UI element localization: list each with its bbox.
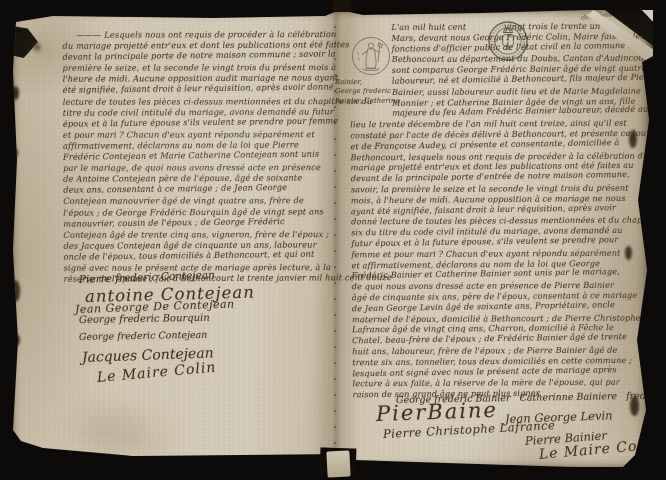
page-tab [326, 450, 350, 477]
manuscript-line: lecture à eux faite, à la réserve de la … [352, 377, 652, 390]
edge-damage-spot [629, 130, 637, 148]
manuscript-line: femme et pour mari ? Chacun d'eux ayant … [351, 247, 651, 260]
edge-damage-spot [625, 246, 632, 260]
edge-damage-spot [12, 148, 18, 158]
manuscript-line: huit ans, laboureur, frère de l'époux ; … [352, 344, 652, 357]
manuscript-line: de quoi nous avons dressé acte en présen… [352, 280, 652, 293]
scanned-register-photo: ——— Lesquels nous ont requis de procéder… [0, 0, 666, 480]
edge-damage-spot [11, 280, 20, 302]
manuscript-line: donné lecture de toutes les pièces ci-de… [351, 215, 651, 228]
manuscript-line: lieu le trente décembre de l'an mil huit… [350, 118, 650, 131]
manuscript-line: savoir, la première le seize et la secon… [351, 182, 651, 195]
manuscript-line: maternel de l'époux, domicilié à Bethonc… [352, 312, 652, 325]
right-page: Bainier,George fredericBainier, Catherin… [13, 10, 653, 469]
edge-damage-spot [11, 86, 19, 100]
right-page-text-block: L'an mil huit cent vingt trois le trente… [349, 20, 652, 400]
manuscript-line: Bethoncourt, lesquels nous ont requis de… [351, 150, 651, 163]
manuscript-spread: ——— Lesquels nous ont requis de procéder… [13, 10, 653, 469]
manuscript-line: Bainier, aussi laboureur audit lieu et d… [350, 85, 650, 98]
edge-damage-spot [630, 396, 639, 416]
tear-burn-smudge [29, 38, 45, 56]
edge-damage-spot [13, 334, 20, 346]
